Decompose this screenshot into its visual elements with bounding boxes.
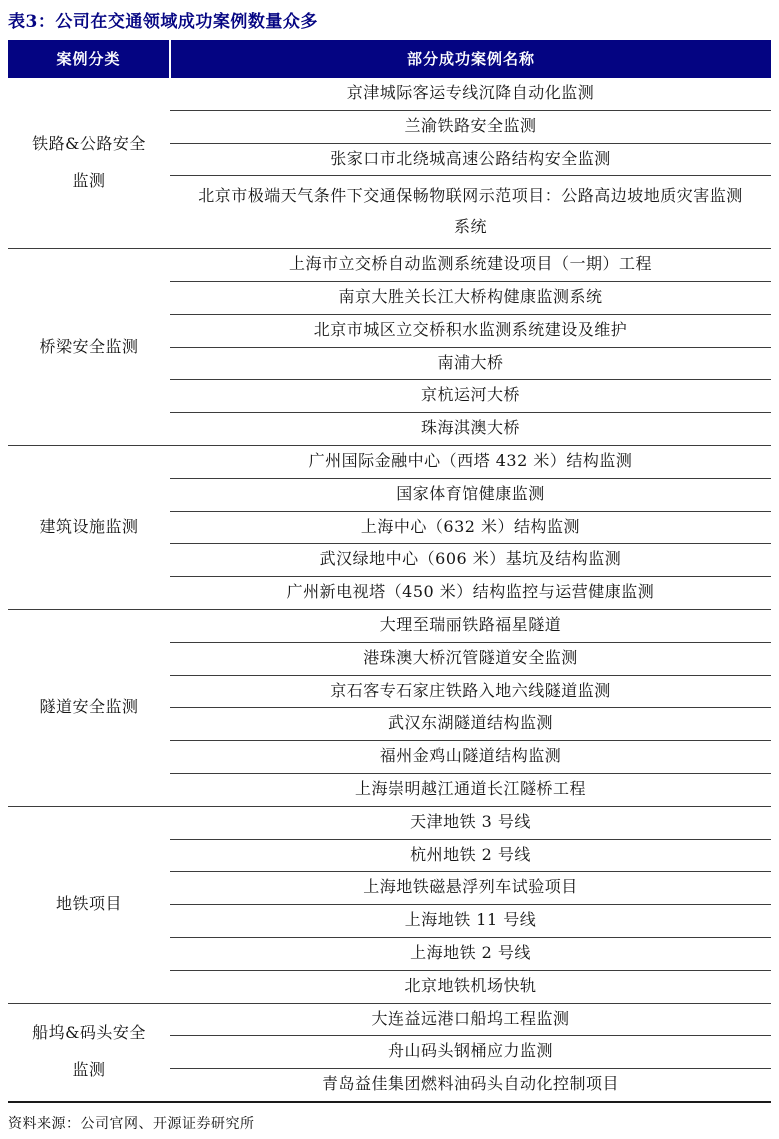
page-title: 表3：公司在交通领域成功案例数量众多 xyxy=(8,7,771,32)
table-row: 铁路&公路安全监测 京津城际客运专线沉降自动化监测 xyxy=(8,78,771,110)
section-rail-road: 铁路&公路安全监测 京津城际客运专线沉降自动化监测 兰渝铁路安全监测 张家口市北… xyxy=(8,78,771,249)
case-cell: 大理至瑞丽铁路福星隧道 xyxy=(170,609,771,642)
case-cell: 北京市极端天气条件下交通保畅物联网示范项目：公路高边坡地质灾害监测系统 xyxy=(170,176,771,249)
case-cell: 珠海淇澳大桥 xyxy=(170,413,771,446)
case-cell: 天津地铁 3 号线 xyxy=(170,806,771,839)
case-cell: 京津城际客运专线沉降自动化监测 xyxy=(170,78,771,110)
category-cell: 桥梁安全监测 xyxy=(8,249,170,446)
case-cell: 京杭运河大桥 xyxy=(170,380,771,413)
case-cell: 杭州地铁 2 号线 xyxy=(170,839,771,872)
category-cell: 建筑设施监测 xyxy=(8,445,170,609)
case-cell: 福州金鸡山隧道结构监测 xyxy=(170,741,771,774)
report-table-page: 表3：公司在交通领域成功案例数量众多 案例分类 部分成功案例名称 铁路&公路安全… xyxy=(0,0,779,1139)
section-tunnel: 隧道安全监测 大理至瑞丽铁路福星隧道 港珠澳大桥沉管隧道安全监测 京石客专石家庄… xyxy=(8,609,771,806)
header-case-names: 部分成功案例名称 xyxy=(170,40,771,78)
table-row: 隧道安全监测 大理至瑞丽铁路福星隧道 xyxy=(8,609,771,642)
table-row: 桥梁安全监测 上海市立交桥自动监测系统建设项目（一期）工程 xyxy=(8,249,771,282)
section-bridge: 桥梁安全监测 上海市立交桥自动监测系统建设项目（一期）工程 南京大胜关长江大桥构… xyxy=(8,249,771,446)
case-cell: 上海崇明越江通道长江隧桥工程 xyxy=(170,773,771,806)
case-cell: 上海中心（632 米）结构监测 xyxy=(170,511,771,544)
table-row: 建筑设施监测 广州国际金融中心（西塔 432 米）结构监测 xyxy=(8,445,771,478)
case-cell: 兰渝铁路安全监测 xyxy=(170,110,771,143)
category-cell: 铁路&公路安全监测 xyxy=(8,78,170,249)
case-cell: 青岛益佳集团燃料油码头自动化控制项目 xyxy=(170,1069,771,1102)
source-note: 资料来源：公司官网、开源证券研究所 xyxy=(8,1113,771,1133)
case-cell: 舟山码头钢桶应力监测 xyxy=(170,1036,771,1069)
table-row: 地铁项目 天津地铁 3 号线 xyxy=(8,806,771,839)
case-cell: 南京大胜关长江大桥构健康监测系统 xyxy=(170,281,771,314)
section-building: 建筑设施监测 广州国际金融中心（西塔 432 米）结构监测 国家体育馆健康监测 … xyxy=(8,445,771,609)
case-cell: 国家体育馆健康监测 xyxy=(170,478,771,511)
case-cell: 上海地铁 11 号线 xyxy=(170,905,771,938)
case-cell: 北京地铁机场快轨 xyxy=(170,970,771,1003)
case-cell: 上海地铁 2 号线 xyxy=(170,937,771,970)
case-cell: 武汉东湖隧道结构监测 xyxy=(170,708,771,741)
case-cell: 广州新电视塔（450 米）结构监控与运营健康监测 xyxy=(170,577,771,610)
case-cell: 港珠澳大桥沉管隧道安全监测 xyxy=(170,642,771,675)
case-cell: 广州国际金融中心（西塔 432 米）结构监测 xyxy=(170,445,771,478)
case-cell: 北京市城区立交桥积水监测系统建设及维护 xyxy=(170,314,771,347)
header-category: 案例分类 xyxy=(8,40,170,78)
section-dock: 船坞&码头安全监测 大连益远港口船坞工程监测 舟山码头钢桶应力监测 青岛益佳集团… xyxy=(8,1003,771,1102)
table-row: 船坞&码头安全监测 大连益远港口船坞工程监测 xyxy=(8,1003,771,1036)
section-metro: 地铁项目 天津地铁 3 号线 杭州地铁 2 号线 上海地铁磁悬浮列车试验项目 上… xyxy=(8,806,771,1003)
table-header: 案例分类 部分成功案例名称 xyxy=(8,40,771,78)
header-row: 案例分类 部分成功案例名称 xyxy=(8,40,771,78)
case-cell: 大连益远港口船坞工程监测 xyxy=(170,1003,771,1036)
case-cell: 京石客专石家庄铁路入地六线隧道监测 xyxy=(170,675,771,708)
case-cell: 武汉绿地中心（606 米）基坑及结构监测 xyxy=(170,544,771,577)
case-cell: 南浦大桥 xyxy=(170,347,771,380)
category-cell: 船坞&码头安全监测 xyxy=(8,1003,170,1102)
case-cell: 上海地铁磁悬浮列车试验项目 xyxy=(170,872,771,905)
category-cell: 地铁项目 xyxy=(8,806,170,1003)
case-cell: 上海市立交桥自动监测系统建设项目（一期）工程 xyxy=(170,249,771,282)
success-cases-table: 案例分类 部分成功案例名称 铁路&公路安全监测 京津城际客运专线沉降自动化监测 … xyxy=(8,40,771,1103)
case-cell: 张家口市北绕城高速公路结构安全监测 xyxy=(170,143,771,176)
category-cell: 隧道安全监测 xyxy=(8,609,170,806)
